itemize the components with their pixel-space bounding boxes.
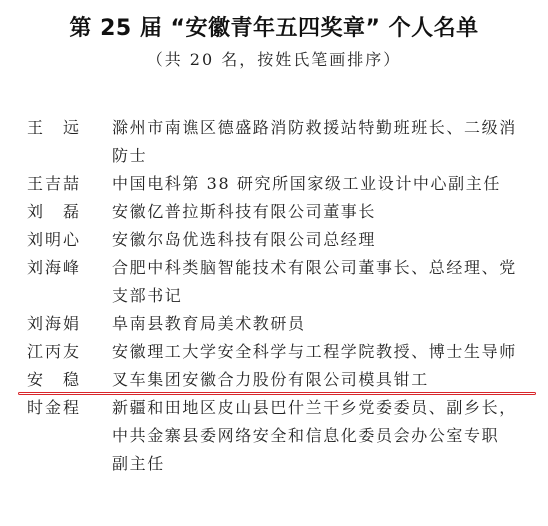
list-item: 安稳 叉车集团安徽合力股份有限公司模具钳工	[0, 366, 548, 394]
recipient-name: 安稳	[0, 366, 112, 394]
recipient-name: 时金程	[0, 394, 112, 422]
recipient-title: 安徽理工大学安全科学与工程学院教授、博士生导师	[112, 338, 542, 366]
recipient-title: 安徽尔岛优选科技有限公司总经理	[112, 226, 542, 254]
list-item: 王吉喆 中国电科第 38 研究所国家级工业设计中心副主任	[0, 170, 548, 198]
list-item-highlighted: 江丙友 安徽理工大学安全科学与工程学院教授、博士生导师	[0, 338, 548, 366]
list-item: 时金程 新疆和田地区皮山县巴什兰干乡党委委员、副乡长， 中共金寨县委网络安全和信…	[0, 394, 548, 478]
recipient-title: 新疆和田地区皮山县巴什兰干乡党委委员、副乡长， 中共金寨县委网络安全和信息化委员…	[112, 394, 542, 478]
recipient-name: 江丙友	[0, 338, 112, 366]
list-item: 刘海娟 阜南县教育局美术教研员	[0, 310, 548, 338]
recipient-title: 安徽亿普拉斯科技有限公司董事长	[112, 198, 542, 226]
red-highlight-underline	[18, 392, 536, 395]
recipient-name: 刘海娟	[0, 310, 112, 338]
recipient-name: 王远	[0, 114, 112, 142]
recipient-title: 合肥中科类脑智能技术有限公司董事长、总经理、党 支部书记	[112, 254, 542, 310]
recipient-title: 阜南县教育局美术教研员	[112, 310, 542, 338]
recipient-title: 滁州市南谯区德盛路消防救援站特勤班班长、二级消 防士	[112, 114, 542, 170]
recipient-name: 刘海峰	[0, 254, 112, 282]
list-item: 王远 滁州市南谯区德盛路消防救援站特勤班班长、二级消 防士	[0, 114, 548, 170]
page-subtitle: （共 20 名，按姓氏笔画排序）	[0, 48, 548, 72]
list-item: 刘明心 安徽尔岛优选科技有限公司总经理	[0, 226, 548, 254]
recipient-title: 中国电科第 38 研究所国家级工业设计中心副主任	[112, 170, 542, 198]
list-item: 刘磊 安徽亿普拉斯科技有限公司董事长	[0, 198, 548, 226]
page-title: 第 25 届 “安徽青年五四奖章” 个人名单	[0, 14, 548, 44]
recipient-name: 刘明心	[0, 226, 112, 254]
recipient-title: 叉车集团安徽合力股份有限公司模具钳工	[112, 366, 542, 394]
recipient-name: 王吉喆	[0, 170, 112, 198]
award-recipient-list: 王远 滁州市南谯区德盛路消防救援站特勤班班长、二级消 防士 王吉喆 中国电科第 …	[0, 114, 548, 478]
list-item: 刘海峰 合肥中科类脑智能技术有限公司董事长、总经理、党 支部书记	[0, 254, 548, 310]
recipient-name: 刘磊	[0, 198, 112, 226]
